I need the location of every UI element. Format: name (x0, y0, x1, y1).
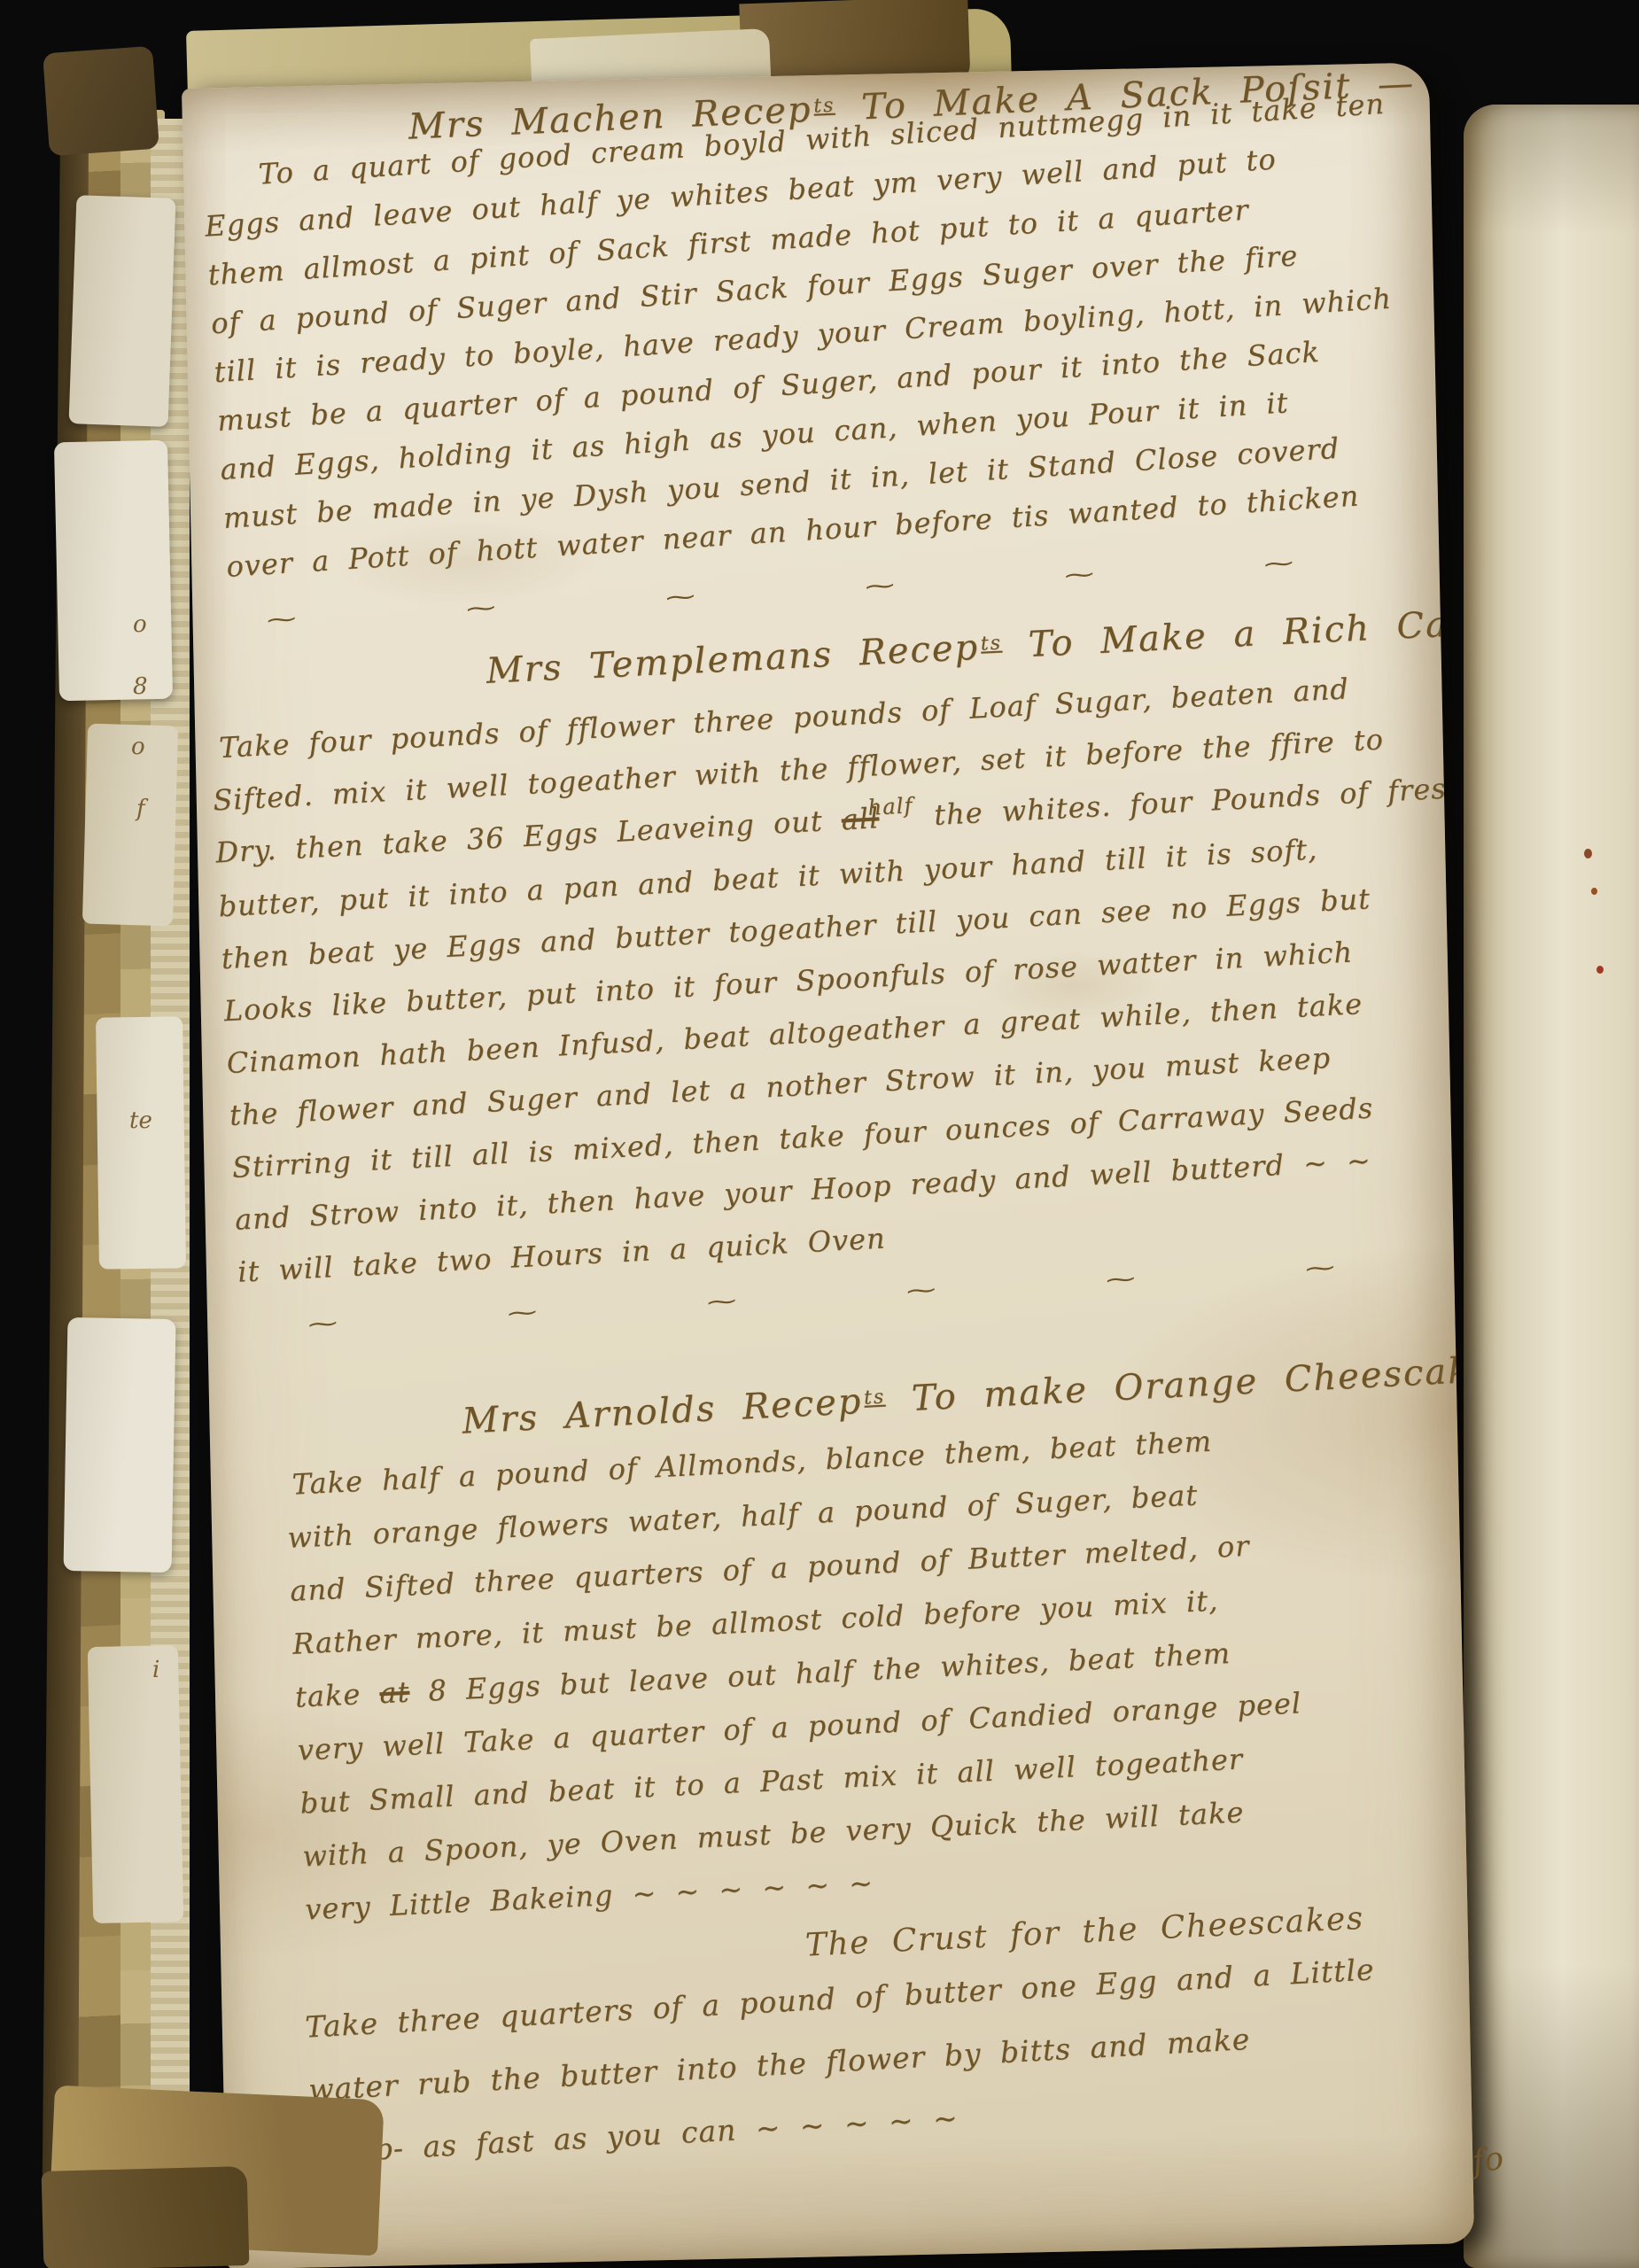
corner-ink-mark: fo (1470, 2140, 1505, 2180)
recipe-body-carraway-cake: Take four pounds of fflower three pounds… (209, 660, 1429, 1298)
edge-fragment: f (136, 796, 145, 822)
edge-fragment: te (129, 1107, 152, 1134)
line-text: take (294, 1677, 361, 1713)
struck-out-word: at (378, 1675, 410, 1711)
cover-corner-fragment (43, 46, 159, 156)
recipe-body-orange-cheesecakes: Take half a pound of Allmonds, blance th… (284, 1402, 1474, 1936)
adjacent-page-edge (1464, 105, 1639, 2268)
superscript-abbreviation: ts (980, 633, 1002, 656)
bottom-edge-wedge (42, 2166, 250, 2268)
inserted-word: half (866, 779, 914, 834)
edge-fragment: o (133, 611, 147, 638)
edge-fragment: i (152, 1657, 159, 1683)
manuscript-page: Mrs Machen Recepts To Make A Sack Poſsit… (182, 63, 1474, 2268)
superscript-abbreviation: ts (863, 1386, 885, 1410)
rust-speck (1591, 888, 1597, 895)
manuscript-text: Mrs Machen Recepts To Make A Sack Poſsit… (182, 63, 1474, 2268)
edge-fragment: o (131, 734, 145, 760)
paper-tab (96, 1016, 186, 1269)
paper-tab (88, 1645, 184, 1923)
photograph-of-manuscript: o 8 o f te i Mrs Machen Recepts To Make … (0, 0, 1639, 2268)
recipe-body-sack-possit: To a quart of good cream boyld with slic… (200, 79, 1417, 591)
title-text: To Make a Rich Carraway Cake (1028, 591, 1475, 665)
paper-tab (69, 195, 176, 427)
rust-speck (1584, 849, 1592, 858)
edge-fragment: 8 (133, 673, 148, 700)
title-text: Mrs Templemans Recep (485, 627, 980, 692)
subrecipe-body-crust: Take three quarters of a pound of butter… (304, 1932, 1475, 2184)
paper-tab (54, 440, 173, 702)
rust-speck (1596, 966, 1604, 974)
paper-tab (82, 724, 178, 927)
paper-tab (64, 1317, 176, 1573)
